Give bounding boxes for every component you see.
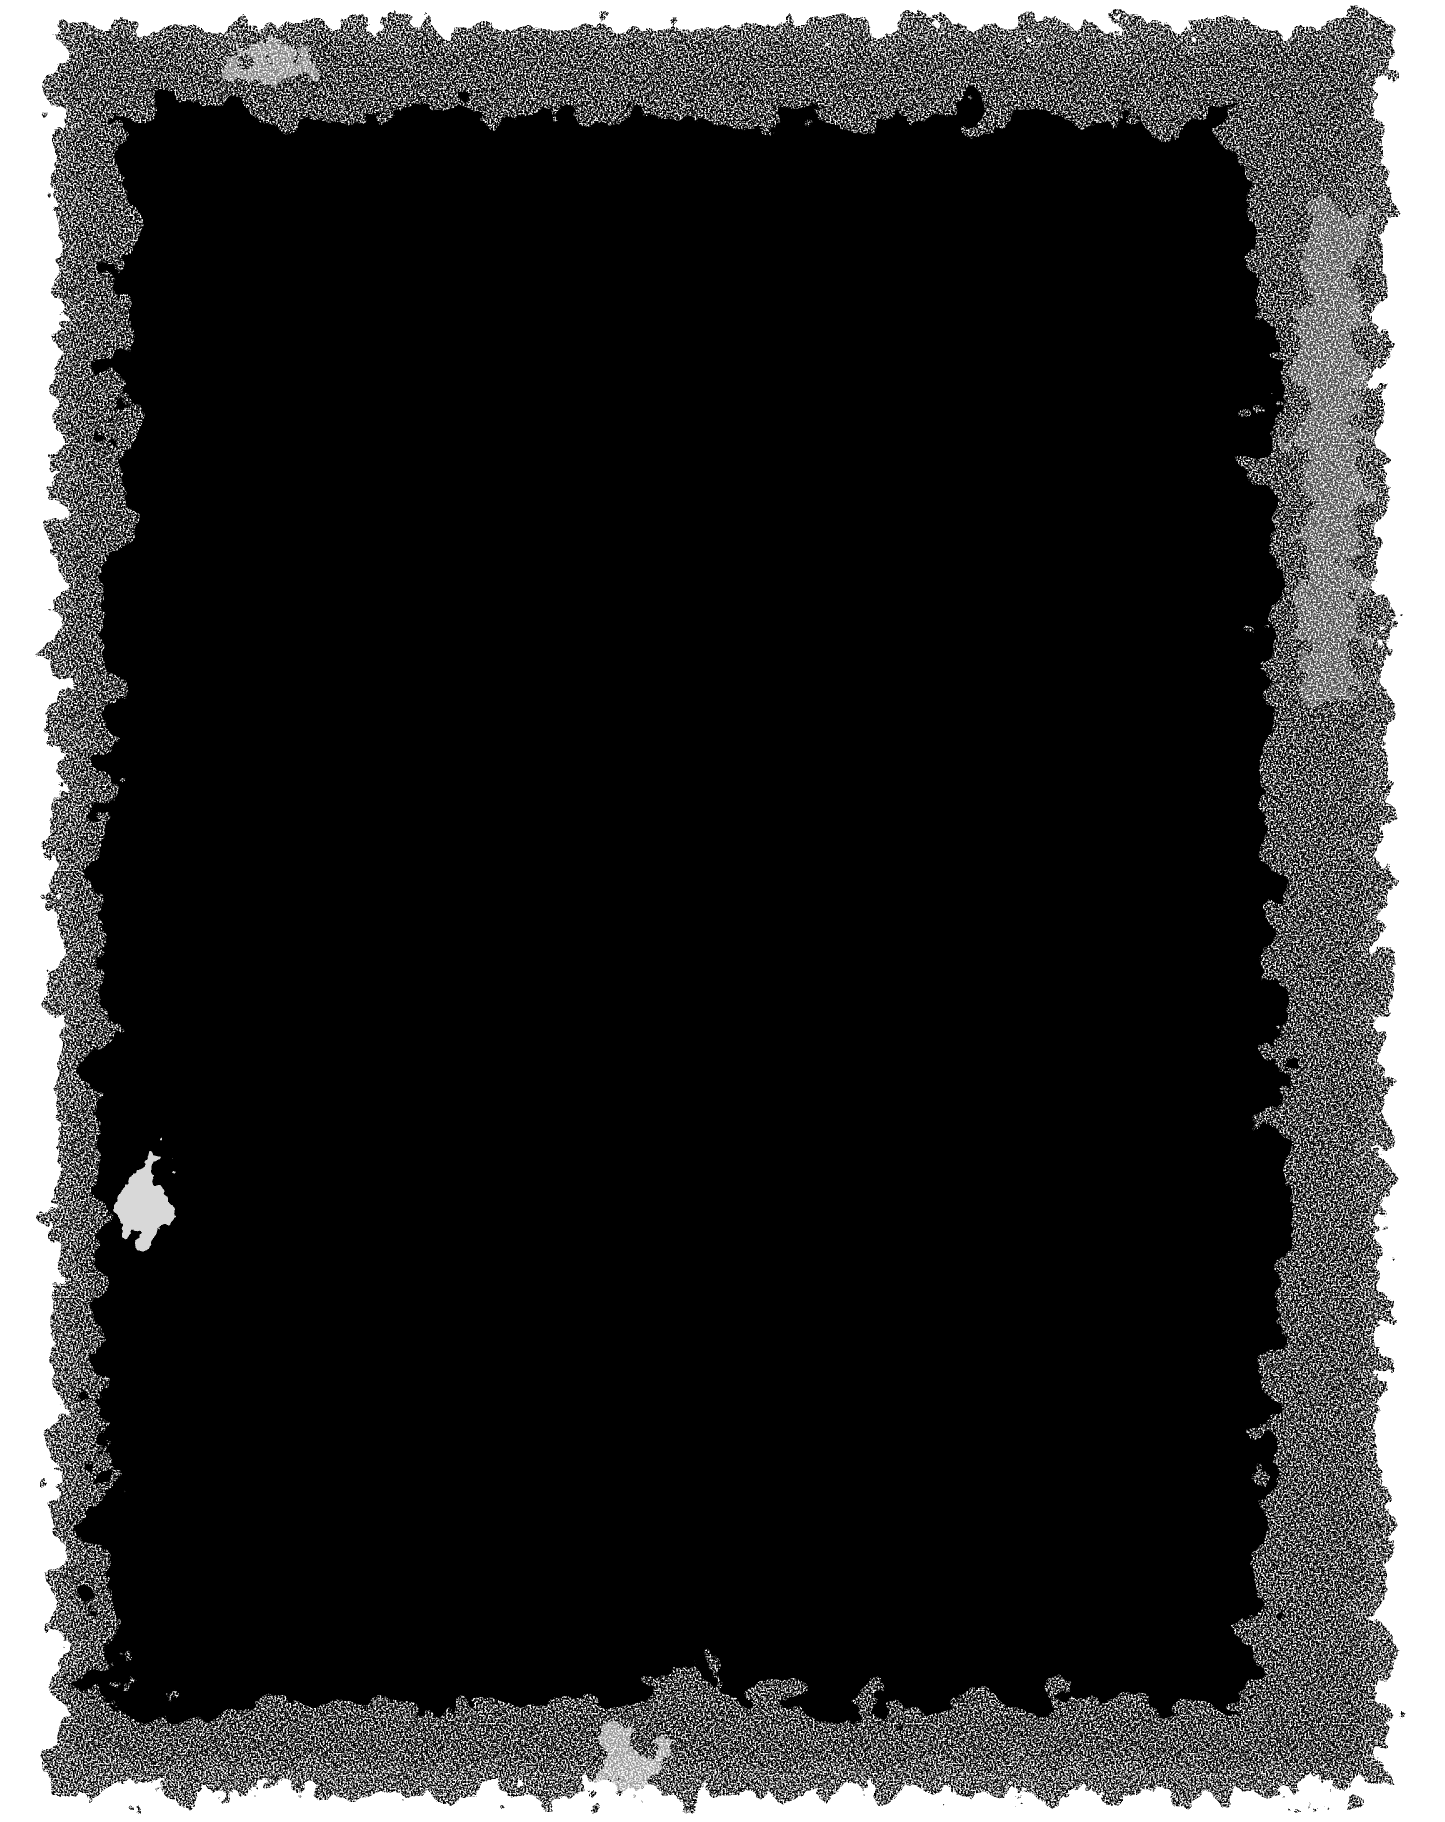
solid-core — [95, 110, 1275, 1710]
grunge-frame-canvas — [0, 0, 1445, 1822]
grunge-frame-texture — [0, 0, 1445, 1822]
